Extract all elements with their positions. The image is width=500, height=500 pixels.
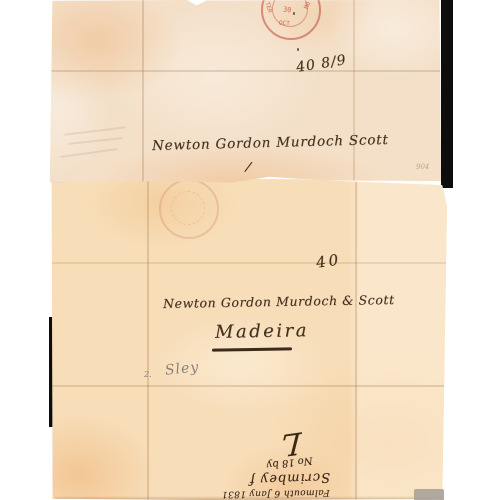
fold-line — [353, 0, 355, 183]
fold-line — [142, 0, 144, 183]
fold-line — [51, 262, 447, 264]
slash-mark: / — [245, 160, 252, 176]
red-datestamp-text: OCT — [279, 20, 290, 28]
pencil-number: 2. — [144, 370, 152, 379]
faint-datestamp-icon — [171, 191, 205, 225]
manuscript-rate-mark: 40 8/9 — [295, 52, 348, 76]
pencil-note: Sley — [164, 359, 200, 378]
faint-number: 904 — [416, 163, 429, 171]
fold-line — [51, 385, 447, 387]
photo-of-two-entire-letters: 40 Newton Gordon Murdoch & Scott Madeira… — [0, 0, 500, 500]
entire-letter-top: TER 30 OCT MO 40 8/9 Newton Gordon Murdo… — [50, 0, 441, 183]
entire-letter-bottom: 40 Newton Gordon Murdoch & Scott Madeira… — [51, 178, 447, 500]
fold-line — [355, 178, 357, 500]
red-datestamp-text: 30 — [282, 5, 291, 14]
address-line: Newton Gordon Murdoch & Scott — [163, 292, 395, 311]
bleedthrough-stroke — [68, 137, 123, 145]
madeira-underline — [212, 347, 292, 351]
address-line-madeira: Madeira — [215, 320, 309, 343]
manuscript-rate-mark: 40 — [315, 250, 342, 271]
docket-place-line: Falmouth 6 Jany 1831 — [230, 487, 330, 499]
fold-line — [147, 178, 149, 500]
black-mat-strip-right — [441, 0, 453, 188]
bleedthrough-stroke — [64, 126, 126, 136]
bleedthrough-stroke — [60, 148, 118, 158]
ink-speck — [297, 48, 299, 51]
ink-speck — [293, 12, 295, 15]
background-item-edge — [414, 489, 444, 500]
docket-upside-down: Falmouth 6 Jany 1831 Scrimbey f No 18 by… — [230, 411, 333, 499]
fold-line — [50, 70, 441, 72]
